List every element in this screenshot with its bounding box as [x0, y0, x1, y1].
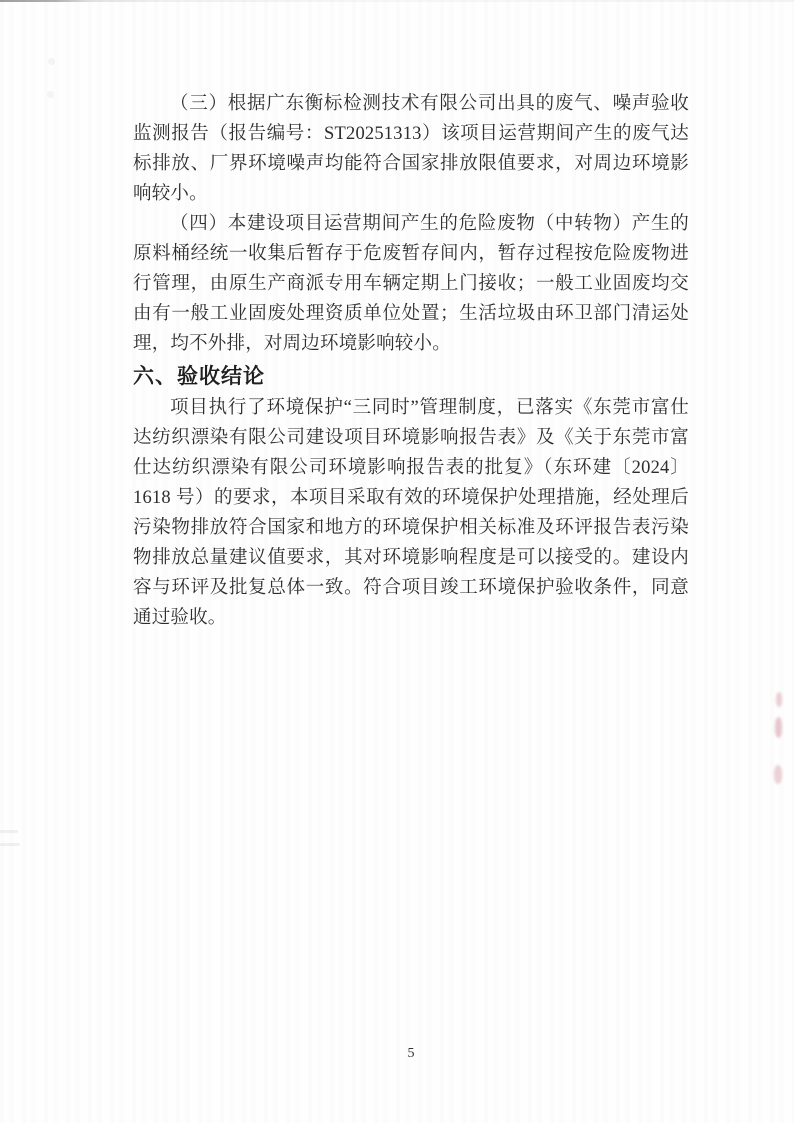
scan-dust-speck [47, 91, 54, 98]
scanned-document-page: （三）根据广东衡标检测技术有限公司出具的废气、噪声验收监测报告（报告编号：ST2… [0, 0, 794, 1123]
seal-bleed-stain [774, 765, 782, 784]
scan-edge-artifact [0, 0, 794, 2]
paragraph-item-3-gas-noise-monitoring: （三）根据广东衡标检测技术有限公司出具的废气、噪声验收监测报告（报告编号：ST2… [133, 89, 689, 209]
document-body: （三）根据广东衡标检测技术有限公司出具的废气、噪声验收监测报告（报告编号：ST2… [133, 89, 689, 633]
paragraph-acceptance-conclusion: 项目执行了环境保护“三同时”管理制度，已落实《东莞市富仕达纺织漂染有限公司建设项… [133, 393, 689, 633]
seal-bleed-stain [776, 692, 782, 707]
scan-edge-artifact [0, 830, 18, 833]
paragraph-item-4-hazardous-waste: （四）本建设项目运营期间产生的危险废物（中转物）产生的原料桶经统一收集后暂存于危… [133, 209, 689, 359]
page-number: 5 [133, 1045, 689, 1063]
scan-dust-speck [48, 58, 55, 65]
scan-edge-artifact [0, 843, 20, 846]
seal-bleed-stain [775, 717, 782, 738]
section-heading-acceptance-conclusion: 六、验收结论 [133, 359, 689, 393]
